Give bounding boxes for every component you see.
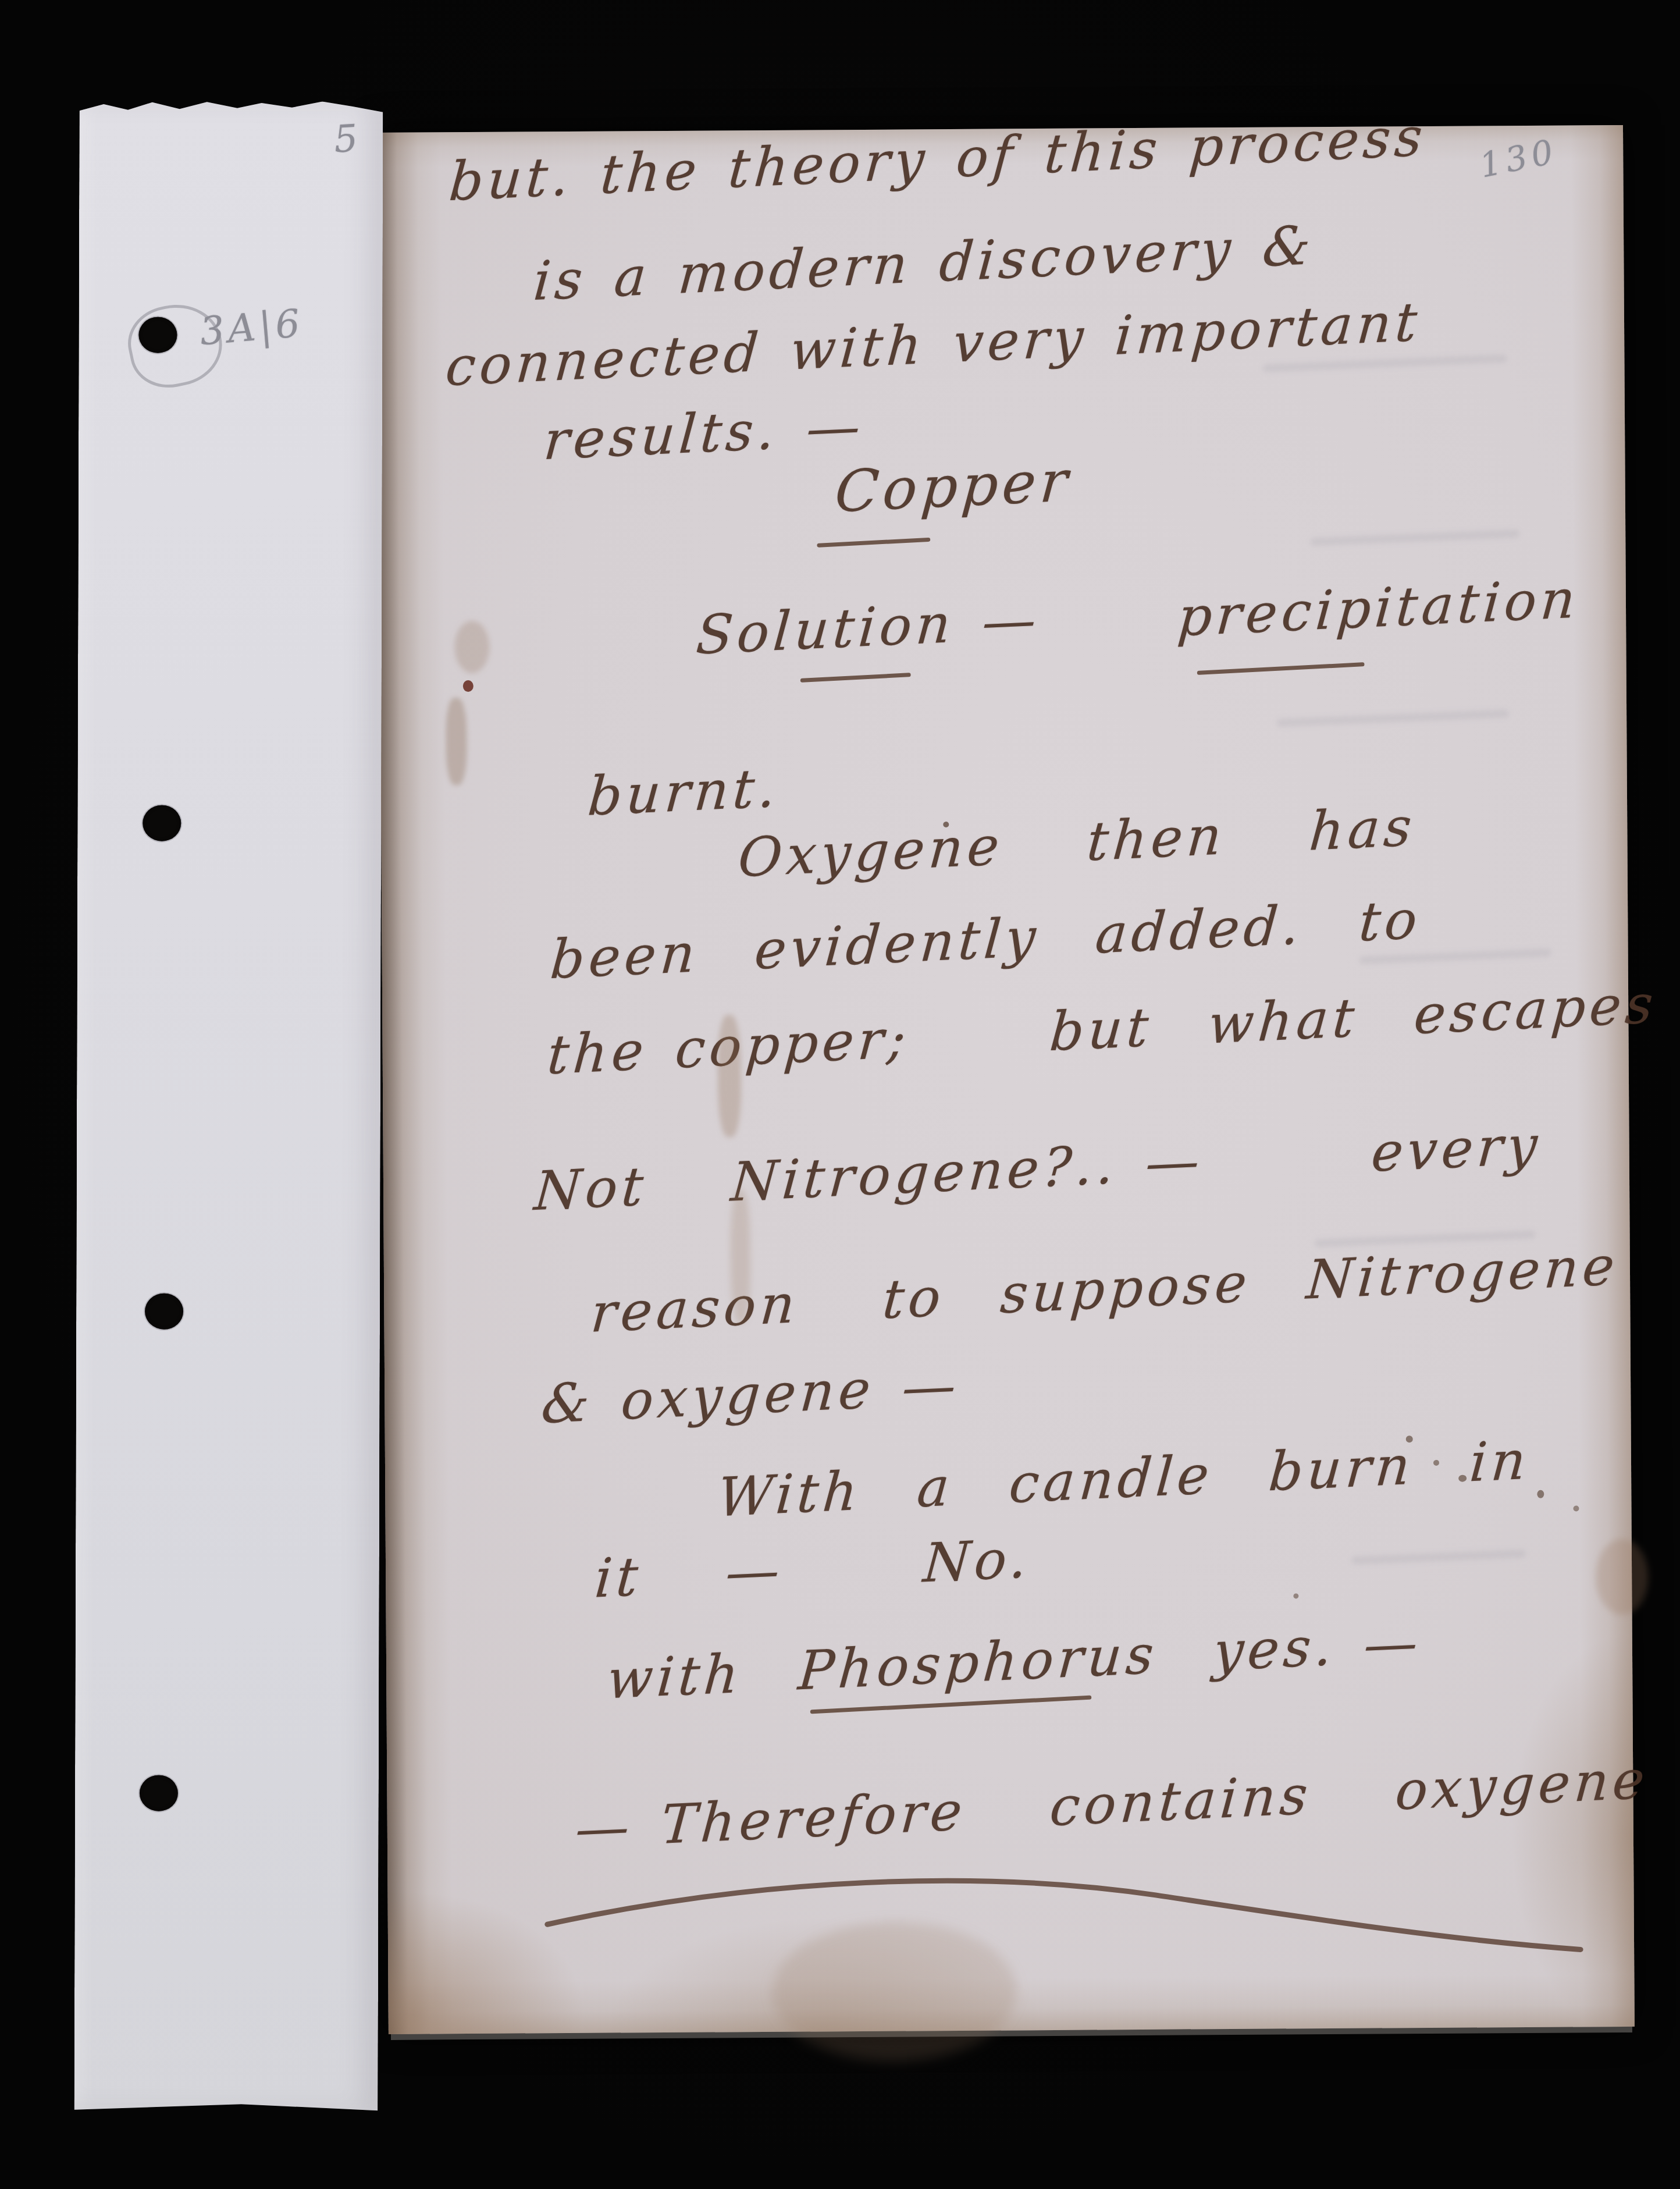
punch-hole-4	[140, 1775, 178, 1811]
handwritten-line-16: it — No.	[593, 1532, 1033, 1606]
archive-strip: 5 3A|6	[74, 99, 383, 2112]
paper-smudge-right	[1596, 1539, 1649, 1615]
show-through-3	[1276, 709, 1509, 727]
handwritten-line-2: is a modern discovery &	[532, 219, 1316, 309]
photo-background: 5 3A|6 130 but. the theory of this proce…	[0, 0, 1680, 2189]
folio-number: 130	[1476, 131, 1561, 185]
handwritten-line-9: Oxygene then has	[736, 800, 1418, 885]
punch-hole-3	[145, 1293, 183, 1330]
handwritten-line-8: burnt.	[586, 761, 781, 824]
subheading-solution: Solution —	[695, 593, 1042, 663]
handwritten-line-18: — Therefore contains oxygene	[574, 1753, 1650, 1856]
flourish-underline	[539, 1862, 1598, 1973]
paper-smudge-center	[717, 1015, 741, 1137]
strip-pencil-number: 5	[333, 117, 360, 162]
handwritten-line-12: Not Nitrogene?.. — every	[532, 1118, 1543, 1219]
paper-smudge-bottom	[772, 1921, 1017, 2062]
handwritten-line-1: but. the theory of this process	[447, 110, 1428, 209]
copper-underline	[817, 538, 930, 548]
ink-speck-6	[1573, 1505, 1579, 1511]
handwritten-line-10: been evidently added. to	[549, 893, 1423, 987]
handwritten-line-15: With a candle burn in	[716, 1433, 1532, 1525]
manuscript-page: 130 but. the theory of this process is a…	[377, 125, 1635, 2034]
ink-speck-5	[1537, 1490, 1544, 1498]
solution-underline	[800, 673, 911, 683]
handwritten-line-4: results. —	[542, 399, 866, 468]
handwritten-line-11: the copper; but what escapes	[546, 978, 1659, 1083]
show-through-6	[1351, 1550, 1526, 1565]
heading-copper: Copper	[833, 453, 1073, 521]
ink-speck-4	[1458, 1475, 1467, 1482]
show-through-2	[1310, 530, 1519, 546]
paper-smudge-left-2	[454, 621, 490, 673]
subheading-precipitation: precipitation	[1176, 572, 1581, 644]
paper-smudge-left	[446, 698, 467, 785]
punch-hole-2	[143, 805, 181, 841]
handwritten-line-3: connected with very important	[444, 295, 1423, 394]
handwritten-line-17: with Phosphorus yes. —	[606, 1615, 1424, 1707]
handwritten-line-14: & oxygene —	[540, 1359, 962, 1432]
precipitation-underline	[1197, 662, 1365, 675]
ink-speck-7	[1293, 1593, 1298, 1598]
strip-pencil-shelfmark: 3A|6	[198, 301, 305, 354]
ink-speck-1	[943, 822, 949, 827]
ink-speck-3	[1433, 1460, 1439, 1466]
ink-speck-2	[1406, 1435, 1413, 1442]
paper-smudge-center-2	[730, 1189, 750, 1323]
ink-spot	[463, 680, 474, 692]
